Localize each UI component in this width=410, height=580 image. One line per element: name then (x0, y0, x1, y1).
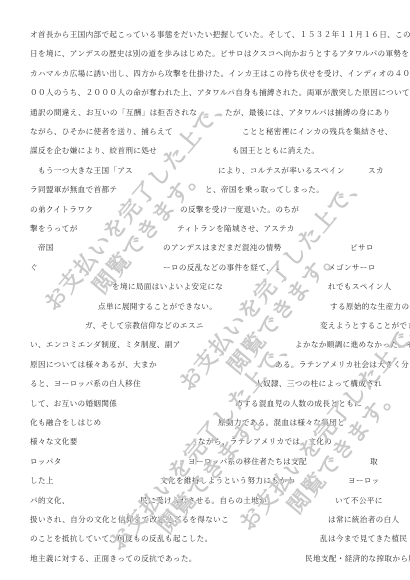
text-segment: オ首長から王国内部で起こっている事態をだいたい把握していた。そして、１５３２年１… (30, 28, 410, 42)
text-segment: 取 (370, 455, 378, 469)
text-segment: の弟クイトラワク (30, 203, 93, 217)
text-segment: ロッパタ (30, 455, 62, 469)
text-segment: ガ、そして宗教信仰などのエスニ (85, 319, 204, 333)
text-segment: して、お互いの婚姻関係 (30, 397, 117, 411)
text-line: 扱いされ、自分の文化と信仰まで改宗せざるを得ないこは常に統治者の白人 (30, 513, 380, 527)
text-segment: 点単に展開することができない。 (98, 300, 217, 314)
text-line: 日を境に、アンデスの歴史は別の道を歩みはじめた。ピサロはクスコへ向かおうとするア… (30, 47, 380, 61)
text-segment: カハマルカ広場に誘い出し、四方から攻撃を仕掛けた。インカ王はこの待ち伏せを受け、… (30, 67, 410, 81)
text-segment: 原因については様々あるが、大まか (30, 358, 157, 372)
text-line: 地主義に対する、正面きっての反抗であった。民地支配・経済的な搾取から解 (30, 552, 380, 566)
text-line: ００人のうち、２０００人の命が奪われた上、アタワルパ自身も捕縛された。両軍が激突… (30, 86, 380, 100)
text-segment: した上 (30, 474, 54, 488)
text-segment: も国王とともに消えた。 (232, 144, 319, 158)
text-segment: 謀反を企む嫌により、絞首刑に処せ (30, 144, 157, 158)
text-segment: のアンデスはまだまだ混沌の情勢 (163, 241, 282, 255)
text-segment: により、コルテスが率いるスペイン (218, 164, 345, 178)
text-line: オ首長から王国内部で起こっている事態をだいたい把握していた。そして、１５３２年１… (30, 28, 380, 42)
text-segment: を境に局面はいよいよ安定にな (112, 280, 223, 294)
text-segment: ながら、ひそかに使者を送り、捕らえて (30, 125, 173, 139)
document-page: オ首長から王国内部で起こっている事態をだいたい把握していた。そして、１５３２年１… (0, 0, 410, 580)
text-segment: もう一つ大きな王国「アス (30, 164, 133, 178)
text-segment: れでもスペイン人 (328, 280, 392, 294)
text-segment: 地主義に対する、正面きっての反抗であった。 (30, 552, 197, 566)
text-segment: い、エンコミエンダ制度、ミタ制度、副ア (30, 338, 181, 352)
text-segment: ことと秘密裡にインカの残兵を集結させ、 (242, 125, 393, 139)
text-line: ラ同盟軍が無血で首都テと、帝国を乗っ取ってしまった。 (30, 183, 380, 197)
text-segment: パ的文化、 (30, 494, 70, 508)
text-segment: 帝国 (30, 241, 54, 255)
text-segment: 化も融合をしはじめ (30, 416, 102, 430)
text-segment: の反撃を受け一度退いた。のちが (180, 203, 299, 217)
text-segment: ぐ (30, 261, 38, 275)
text-segment: 乱は今まで見てきた植民 (320, 532, 407, 546)
text-segment: と、帝国を乗っ取ってしまった。 (205, 183, 324, 197)
text-segment: は常に統治者の白人 (328, 513, 400, 527)
text-segment: 様々な文化要 (30, 435, 78, 449)
text-segment: 日を境に、アンデスの歴史は別の道を歩みはじめた。ピサロはクスコへ向かおうとするア… (30, 47, 409, 61)
text-segment: ティトランを陥城させ、アステカ (177, 222, 295, 236)
text-segment: ラ同盟軍が無血で首都テ (30, 183, 117, 197)
text-segment: 通訳の間違え、お互いの「互酬」は拒否されな (30, 106, 197, 120)
text-segment: ると、ヨーロッパ系の白人移住 (30, 377, 141, 391)
text-segment: する原始的な生産力の使 (330, 300, 410, 314)
text-segment: 撃をうってが (30, 222, 78, 236)
text-segment: 民地支配・経済的な搾取から解 (305, 552, 410, 566)
text-segment: スカ (368, 164, 384, 178)
text-segment: いて不公平に (335, 494, 383, 508)
text-line: のことを抵抗していて、何度もの反乱も起こした。乱は今まで見てきた植民 (30, 532, 380, 546)
text-line: カハマルカ広場に誘い出し、四方から攻撃を仕掛けた。インカ王はこの待ち伏せを受け、… (30, 67, 380, 81)
text-segment: ヨーロッ (348, 474, 380, 488)
